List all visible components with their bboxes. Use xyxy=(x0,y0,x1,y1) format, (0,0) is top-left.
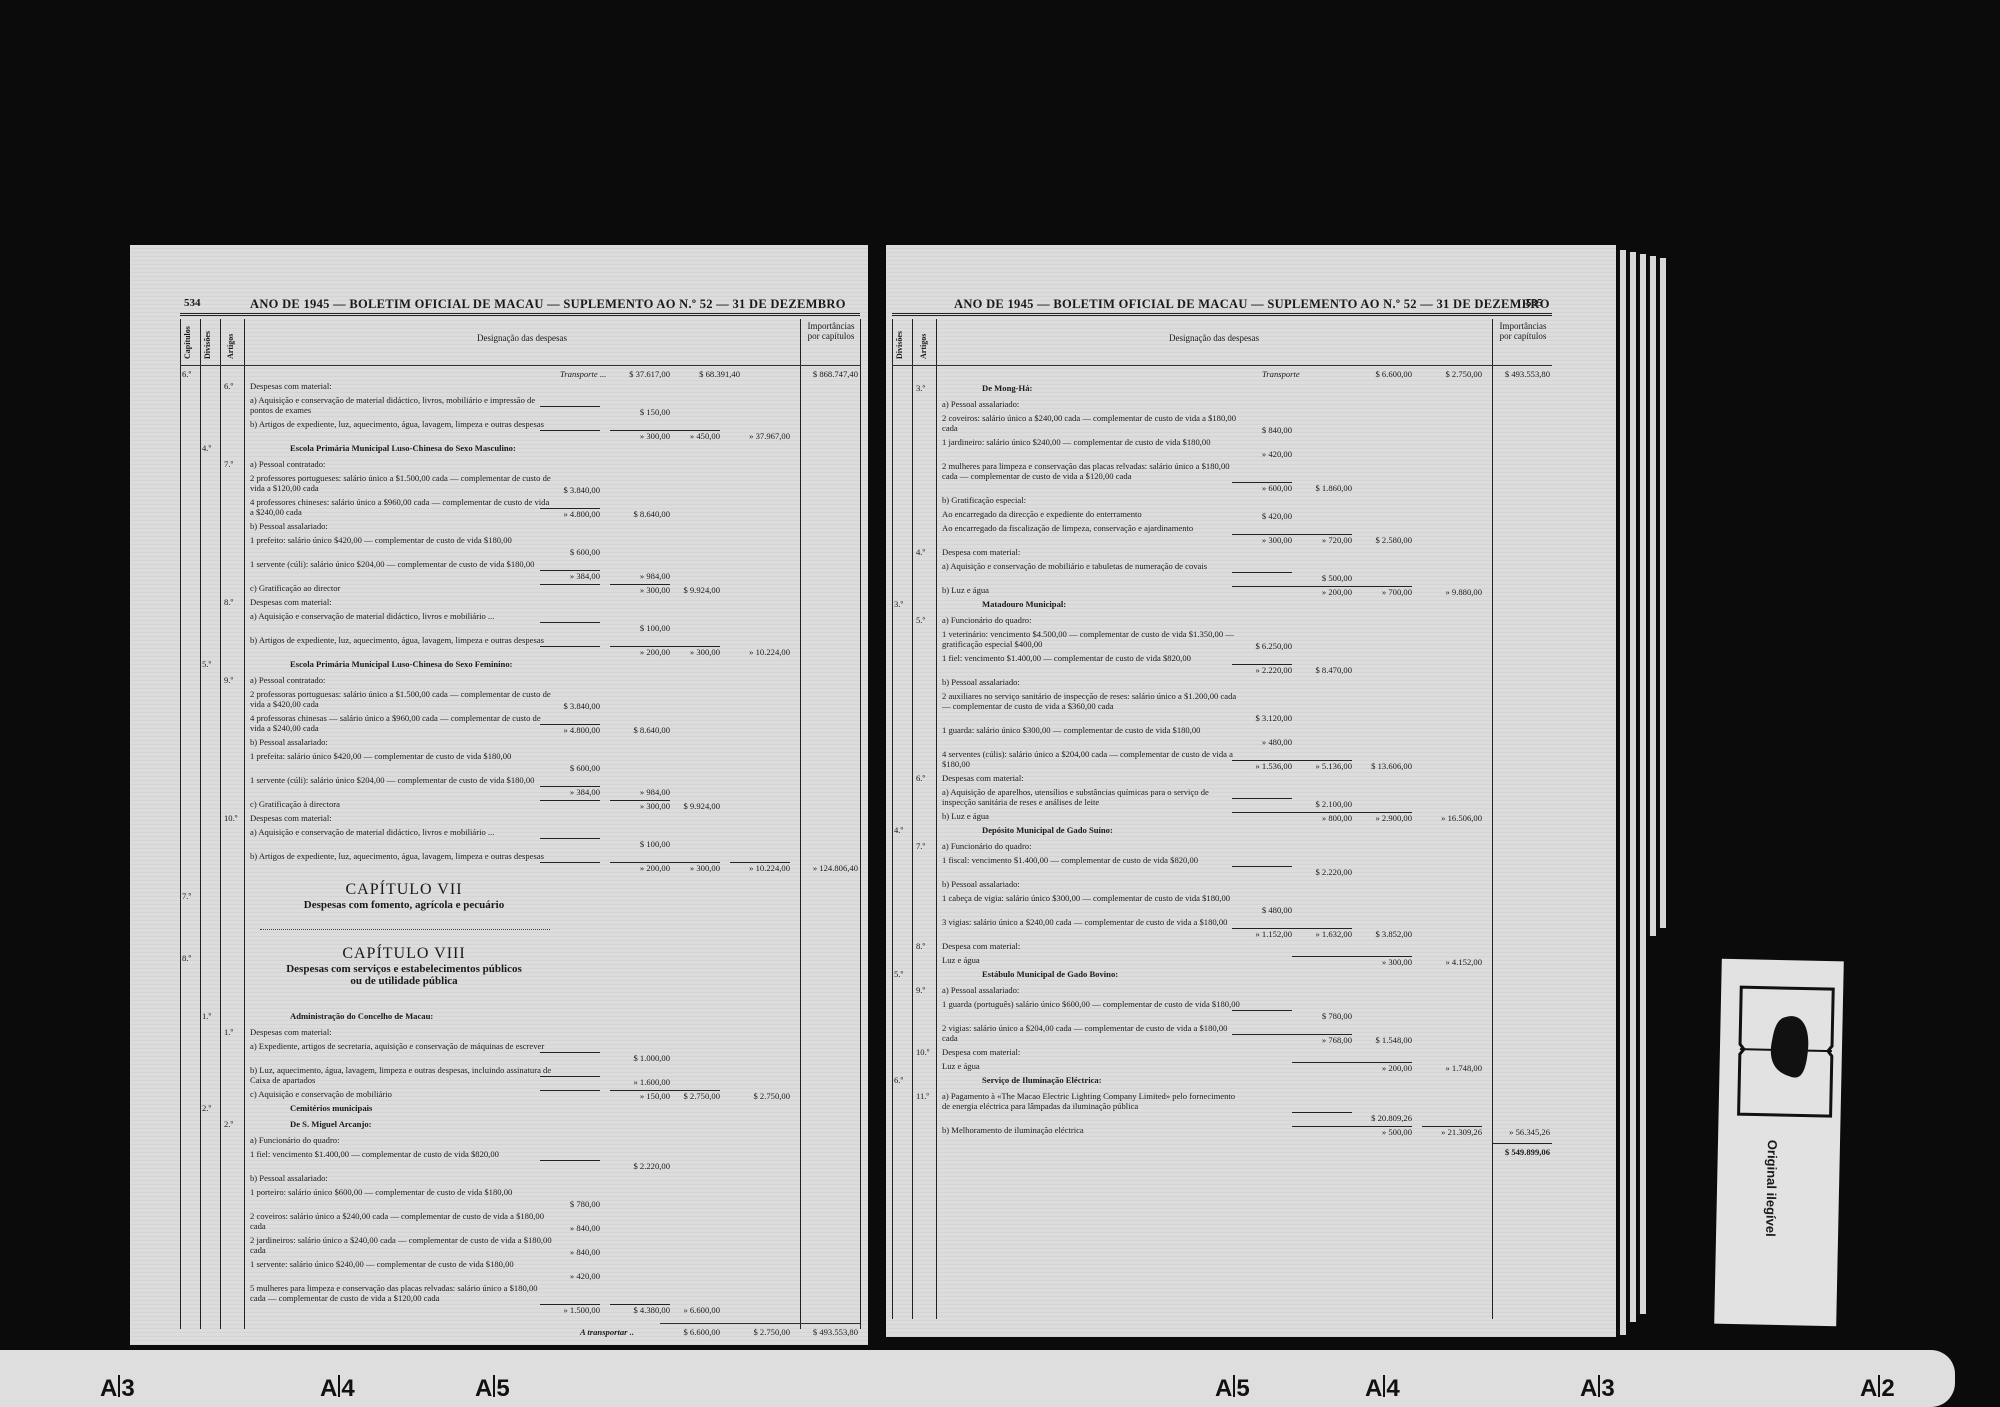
line-item: b) Luz, aquecimento, água, lavagem, limp… xyxy=(250,1065,552,1085)
subtotal-rule xyxy=(610,584,670,585)
subtotal-rule xyxy=(1422,1126,1482,1127)
line-item: 4 professoras chinesas — salário único a… xyxy=(250,713,552,733)
subtotal-rule xyxy=(660,646,720,647)
subtotal-rule xyxy=(1352,1126,1412,1127)
line-item: c) Aquisição e conservação de mobiliário xyxy=(250,1089,552,1099)
division-number: 5.º xyxy=(202,659,211,669)
line-item: b) Artigos de expediente, luz, aquecimen… xyxy=(250,635,552,645)
subtotal-rule xyxy=(1232,812,1292,813)
amount: $ 1.548,00 xyxy=(1342,1035,1412,1045)
frame-marker: A4 xyxy=(320,1375,355,1403)
amount: $ 2.750,00 xyxy=(650,1091,720,1101)
amount: $ 3.840,00 xyxy=(530,701,600,711)
line-item: 2 auxiliares no serviço sanitário de ins… xyxy=(942,691,1244,711)
page-stack-edge xyxy=(1638,254,1646,1314)
header-rule xyxy=(180,313,860,316)
marker-bar xyxy=(1233,1375,1235,1397)
amount: $ 9.924,00 xyxy=(650,585,720,595)
subtotal-rule xyxy=(540,1090,600,1091)
amount: $ 780,00 xyxy=(530,1199,600,1209)
division-number: 4.º xyxy=(894,825,903,835)
section-heading: Depósito Municipal de Gado Suíno: xyxy=(982,825,1113,835)
marker-bar xyxy=(1383,1375,1385,1397)
line-item: a) Aquisição de aparelhos, utensílios e … xyxy=(942,787,1244,807)
subtotal-rule xyxy=(660,430,720,431)
subtotal-rule xyxy=(1292,812,1352,813)
subtotal-rule xyxy=(660,1090,720,1091)
section-heading: De S. Miguel Arcanjo: xyxy=(290,1119,371,1129)
amount: » 10.224,00 xyxy=(720,647,790,657)
line-item: 1 cabeça de vigia: salário único $300,00… xyxy=(942,893,1244,903)
line-item: b) Pessoal assalariado: xyxy=(250,737,552,747)
subtotal-rule xyxy=(1232,1034,1292,1035)
amount: $ 2.220,00 xyxy=(600,1161,670,1171)
amount: $ 8.640,00 xyxy=(600,725,670,735)
line-item: 5 mulheres para limpeza e conservação da… xyxy=(250,1283,552,1303)
amount: $ 600,00 xyxy=(530,763,600,773)
subtotal-rule xyxy=(540,862,600,863)
line-item: 2 professoras portuguesas: salário único… xyxy=(250,689,552,709)
line-item: Despesas com material: xyxy=(250,813,552,823)
amount: $ 2.220,00 xyxy=(1282,867,1352,877)
subtotal-rule xyxy=(1292,760,1352,761)
amount: » 21.309,26 xyxy=(1412,1127,1482,1137)
amount: $ 480,00 xyxy=(1222,905,1292,915)
line-item: 4 serventes (cúlis): salário único a $20… xyxy=(942,749,1244,769)
article-number: 6.º xyxy=(224,381,233,391)
line-item: 2 jardineiros: salário único a $240,00 c… xyxy=(250,1235,552,1255)
line-item: a) Aquisição e conservação de material d… xyxy=(250,827,552,837)
left-page: 534 ANO DE 1945 — BOLETIM OFICIAL DE MAC… xyxy=(130,245,868,1345)
line-item: 1 servente (cúli): salário único $204,00… xyxy=(250,775,552,785)
marker-bar xyxy=(338,1375,340,1397)
amount: $ 20.809,26 xyxy=(1342,1113,1412,1123)
article-number: 7.º xyxy=(224,459,233,469)
chapter-number: 6.º xyxy=(182,369,191,379)
transport-label: Transporte xyxy=(1262,369,1300,379)
subtotal-rule xyxy=(540,838,600,839)
line-item: 1 prefeito: salário único $420,00 — comp… xyxy=(250,535,552,545)
subtotal-rule xyxy=(540,570,600,571)
frame-marker: A5 xyxy=(1215,1375,1250,1403)
subtotal-rule xyxy=(1352,812,1412,813)
amount: » 200,00 xyxy=(1342,1063,1412,1073)
right-page: ANO DE 1945 — BOLETIM OFICIAL DE MACAU —… xyxy=(886,245,1616,1337)
subtotal-rule xyxy=(1292,928,1352,929)
subtotal-rule xyxy=(1352,956,1412,957)
article-number: 9.º xyxy=(916,985,925,995)
amount: » 450,00 xyxy=(650,431,720,441)
subtotal-rule xyxy=(1292,586,1352,587)
amount: $ 2.580,00 xyxy=(1342,535,1412,545)
subtotal-rule xyxy=(1232,1010,1292,1011)
chapter-viii-heading: CAPÍTULO VIIIDespesas com serviços e est… xyxy=(244,945,564,987)
marker-bar xyxy=(1598,1375,1600,1397)
line-item: Ao encarregado da fiscalização de limpez… xyxy=(942,523,1244,533)
subtotal-rule xyxy=(1232,586,1292,587)
subtotal-rule xyxy=(1352,586,1412,587)
line-item: a) Pessoal contratado: xyxy=(250,459,552,469)
frame-marker: A5 xyxy=(475,1375,510,1403)
article-number: 9.º xyxy=(224,675,233,685)
divider xyxy=(260,929,550,930)
section-heading: Serviço de Iluminação Eléctrica: xyxy=(982,1075,1102,1085)
amount: » 6.600,00 xyxy=(650,1305,720,1315)
article-number: 8.º xyxy=(916,941,925,951)
line-item: 1 servente: salário único $240,00 — comp… xyxy=(250,1259,552,1269)
article-number: 4.º xyxy=(916,547,925,557)
marker-bar xyxy=(118,1375,120,1397)
chapter-subtitle: ou de utilidade pública xyxy=(244,975,564,987)
amount: $ 9.924,00 xyxy=(650,801,720,811)
line-item: c) Gratificação ao director xyxy=(250,583,552,593)
amount: » 300,00 xyxy=(1342,957,1412,967)
line-item: Despesa com material: xyxy=(942,1047,1244,1057)
line-item: c) Gratificação à directora xyxy=(250,799,552,809)
amount: » 10.224,00 xyxy=(720,863,790,873)
amount: $ 840,00 xyxy=(1222,425,1292,435)
amount: » 300,00 xyxy=(650,863,720,873)
line-item: a) Pagamento à «The Macao Electric Light… xyxy=(942,1091,1244,1111)
amount: $ 780,00 xyxy=(1282,1011,1352,1021)
line-item: 1 jardineiro: salário único $240,00 — co… xyxy=(942,437,1244,447)
line-item: Despesas com material: xyxy=(250,1027,552,1037)
line-item: Luz e água xyxy=(942,955,1244,965)
line-item: b) Artigos de expediente, luz, aquecimen… xyxy=(250,851,552,861)
subtotal-rule xyxy=(1232,928,1292,929)
amount: » 480,00 xyxy=(1222,737,1292,747)
section-heading: De Mong-Há: xyxy=(982,383,1032,393)
line-item: a) Funcionário do quadro: xyxy=(942,841,1244,851)
division-number: 1.º xyxy=(202,1011,211,1021)
amount: $ 600,00 xyxy=(530,547,600,557)
subtotal-rule xyxy=(540,508,600,509)
subtotal-rule xyxy=(540,406,600,407)
amount: » 124.806,40 xyxy=(788,863,858,873)
amount: » 984,00 xyxy=(600,571,670,581)
subtotal-rule xyxy=(1232,760,1292,761)
frame-marker: A3 xyxy=(1580,1375,1615,1403)
section-heading: Escola Primária Municipal Luso-Chinesa d… xyxy=(290,443,516,453)
line-item: 1 prefeita: salário único $420,00 — comp… xyxy=(250,751,552,761)
subtotal-rule xyxy=(1232,664,1292,665)
amount: » 420,00 xyxy=(1222,449,1292,459)
subtotal-rule xyxy=(540,1304,600,1305)
amount: $ 2.100,00 xyxy=(1282,799,1352,809)
division-number: 3.º xyxy=(894,599,903,609)
line-item: 1 veterinário: vencimento $4.500,00 — co… xyxy=(942,629,1244,649)
line-item: a) Pessoal contratado: xyxy=(250,675,552,685)
section-heading: Cemitérios municipais xyxy=(290,1103,372,1113)
chapter-title: CAPÍTULO VIII xyxy=(244,945,564,963)
amount: » 1.500,00 xyxy=(530,1305,600,1315)
section-heading: Administração do Concelho de Macau: xyxy=(290,1011,433,1021)
expense-table: Capítulos Divisões Artigos Designação da… xyxy=(180,319,861,1329)
subtotal-rule xyxy=(1292,1062,1352,1063)
division-number: 5.º xyxy=(894,969,903,979)
frame-marker: A4 xyxy=(1365,1375,1400,1403)
col-artigos: Artigos xyxy=(919,334,928,359)
running-head: ANO DE 1945 — BOLETIM OFICIAL DE MACAU —… xyxy=(250,297,846,312)
subtotal-rule xyxy=(660,862,720,863)
amount: » 1.748,00 xyxy=(1412,1063,1482,1073)
carry-label: A transportar .. xyxy=(580,1327,634,1337)
subtotal-rule xyxy=(540,622,600,623)
chapter-subtitle: Despesas com serviços e estabelecimentos… xyxy=(244,963,564,975)
chapter-number: 8.º xyxy=(182,953,191,963)
subtotal-rule xyxy=(1232,798,1292,799)
line-item: a) Pessoal assalariado: xyxy=(942,399,1244,409)
line-item: b) Melhoramento de iluminação eléctrica xyxy=(942,1125,1244,1135)
subtotal-rule xyxy=(610,800,670,801)
subtotal-rule xyxy=(540,1076,600,1077)
line-item: Despesas com material: xyxy=(250,597,552,607)
line-item: a) Funcionário do quadro: xyxy=(942,615,1244,625)
amount: » 2.900,00 xyxy=(1342,813,1412,823)
amount: » 9.880,00 xyxy=(1412,587,1482,597)
line-item: b) Pessoal assalariado: xyxy=(942,879,1244,889)
amount: $ 13.606,00 xyxy=(1342,761,1412,771)
running-head: ANO DE 1945 — BOLETIM OFICIAL DE MACAU —… xyxy=(954,297,1550,312)
subtotal-rule xyxy=(540,1160,600,1161)
transport-value: $ 68.391,40 xyxy=(660,369,740,379)
division-number: 6.º xyxy=(894,1075,903,1085)
transport-value: $ 868.747,40 xyxy=(778,369,858,379)
line-item: Luz e água xyxy=(942,1061,1244,1071)
line-item: Despesa com material: xyxy=(942,547,1244,557)
amount: » 37.967,00 xyxy=(720,431,790,441)
subtotal-rule xyxy=(1232,482,1292,483)
page-stack-edge xyxy=(1618,250,1626,1335)
article-number: 10.º xyxy=(916,1047,929,1057)
marker-bar xyxy=(493,1375,495,1397)
amount: $ 1.860,00 xyxy=(1282,483,1352,493)
amount: » 500,00 xyxy=(1342,1127,1412,1137)
col-divisoes: Divisões xyxy=(895,331,904,359)
amount: $ 100,00 xyxy=(600,623,670,633)
article-number: 2.º xyxy=(224,1119,233,1129)
subtotal-rule xyxy=(1352,1062,1412,1063)
line-item: Despesas com material: xyxy=(942,773,1244,783)
line-item: a) Aquisição e conservação de material d… xyxy=(250,395,552,415)
subtotal-rule xyxy=(540,646,600,647)
amount: $ 3.120,00 xyxy=(1222,713,1292,723)
illegible-label: Original ilegível xyxy=(1763,1140,1780,1237)
line-item: b) Luz e água xyxy=(942,811,1244,821)
line-item: Despesas com material: xyxy=(250,381,552,391)
film-strip xyxy=(0,1350,1955,1407)
amount: $ 150,00 xyxy=(600,407,670,417)
carry-rule xyxy=(660,1323,860,1324)
division-number: 2.º xyxy=(202,1103,211,1113)
subtotal-rule xyxy=(540,1052,600,1053)
frame-marker: A2 xyxy=(1860,1375,1895,1403)
section-heading: Matadouro Municipal: xyxy=(982,599,1066,609)
line-item: 2 coveiros: salário único a $240,00 cada… xyxy=(250,1211,552,1231)
article-number: 3.º xyxy=(916,383,925,393)
line-item: 1 fiscal: vencimento $1.400,00 — complem… xyxy=(942,855,1244,865)
subtotal-rule xyxy=(540,786,600,787)
division-number: 4.º xyxy=(202,443,211,453)
line-item: a) Aquisição e conservação de material d… xyxy=(250,611,552,621)
line-item: a) Funcionário do quadro: xyxy=(250,1135,552,1145)
page-number: 535 xyxy=(1526,297,1543,309)
line-item: Ao encarregado da direcção e expediente … xyxy=(942,509,1244,519)
line-item: 1 servente (cúli): salário único $204,00… xyxy=(250,559,552,569)
amount: $ 100,00 xyxy=(600,839,670,849)
line-item: 3 vigias: salário único a $240,00 cada —… xyxy=(942,917,1244,927)
amount: » 420,00 xyxy=(530,1271,600,1281)
line-item: 2 mulheres para limpeza e conservação da… xyxy=(942,461,1244,481)
line-item: 1 guarda: salário único $300,00 — comple… xyxy=(942,725,1244,735)
page-stack-edge xyxy=(1648,256,1656,936)
article-number: 11.º xyxy=(916,1091,929,1101)
transport-value: $ 493.553,80 xyxy=(1460,369,1550,379)
article-number: 7.º xyxy=(916,841,925,851)
chapter-vii-heading: CAPÍTULO VIIDespesas com fomento, agríco… xyxy=(244,881,564,911)
line-item: a) Pessoal assalariado: xyxy=(942,985,1244,995)
amount: $ 6.250,00 xyxy=(1222,641,1292,651)
subtotal-rule xyxy=(1292,534,1352,535)
amount: $ 8.470,00 xyxy=(1282,665,1352,675)
amount: » 840,00 xyxy=(530,1223,600,1233)
line-item: a) Expediente, artigos de secretaria, aq… xyxy=(250,1041,552,1051)
line-item: Despesa com material: xyxy=(942,941,1244,951)
section-heading: Escola Primária Municipal Luso-Chinesa d… xyxy=(290,659,513,669)
frame-marker: A3 xyxy=(100,1375,135,1403)
chapter-subtitle: Despesas com fomento, agrícola e pecuári… xyxy=(244,899,564,911)
subtotal-rule xyxy=(540,584,600,585)
subtotal-rule xyxy=(1292,956,1352,957)
page-stack-edge xyxy=(1628,252,1636,1322)
subtotal-rule xyxy=(610,1304,670,1305)
expense-table: Divisões Artigos Designação das despesas… xyxy=(892,319,1552,1319)
line-item: b) Pessoal assalariado: xyxy=(942,677,1244,687)
col-designacao: Designação das despesas xyxy=(936,333,1492,343)
grand-total: $ 549.899,06 xyxy=(1470,1147,1550,1157)
subtotal-rule xyxy=(1292,1126,1352,1127)
subtotal-rule xyxy=(1232,866,1292,867)
article-number: 8.º xyxy=(224,597,233,607)
subtotal-rule xyxy=(540,430,600,431)
chapter-number: 7.º xyxy=(182,891,191,901)
amount: » 1.600,00 xyxy=(600,1077,670,1087)
line-item: 1 fiel: vencimento $1.400,00 — complemen… xyxy=(250,1149,552,1159)
amount: $ 500,00 xyxy=(1282,573,1352,583)
col-importancias: Importâncias por capítulos xyxy=(1494,321,1552,341)
amount: » 384,00 xyxy=(530,571,600,581)
subtotal-rule xyxy=(730,862,790,863)
page-number: 534 xyxy=(184,297,201,309)
line-item: a) Aquisição e conservação de mobiliário… xyxy=(942,561,1244,571)
line-item: 1 fiel: vencimento $1.400,00 — complemen… xyxy=(942,653,1244,663)
article-number: 10.º xyxy=(224,813,237,823)
amount: $ 420,00 xyxy=(1222,511,1292,521)
chapter-title: CAPÍTULO VII xyxy=(244,881,564,899)
subtotal-rule xyxy=(540,724,600,725)
line-item: b) Pessoal assalariado: xyxy=(250,1173,552,1183)
line-item: 1 porteiro: salário único $600,00 — comp… xyxy=(250,1187,552,1197)
page-stack-edge xyxy=(1658,258,1666,928)
amount: $ 3.840,00 xyxy=(530,485,600,495)
subtotal-rule xyxy=(1232,572,1292,573)
amount: » 984,00 xyxy=(600,787,670,797)
transport-value: $ 37.617,00 xyxy=(590,369,670,379)
amount: » 4.152,00 xyxy=(1412,957,1482,967)
article-number: 6.º xyxy=(916,773,925,783)
article-number: 5.º xyxy=(916,615,925,625)
illegible-flag-card: Original ilegível xyxy=(1714,959,1844,1326)
header-rule xyxy=(892,313,1552,316)
line-item: 4 professores chineses: salário único a … xyxy=(250,497,552,517)
article-number: 1.º xyxy=(224,1027,233,1037)
amount: » 384,00 xyxy=(530,787,600,797)
line-item: 2 professores portugueses: salário único… xyxy=(250,473,552,493)
line-item: 1 guarda (português) salário único $600,… xyxy=(942,999,1244,1009)
subtotal-rule xyxy=(1232,534,1292,535)
col-importancias: Importâncias por capítulos xyxy=(802,321,860,341)
subtotal-rule xyxy=(1292,1034,1352,1035)
line-item: b) Gratificação especial: xyxy=(942,495,1244,505)
col-artigos: Artigos xyxy=(226,334,235,359)
carry-value: $ 493.553,80 xyxy=(778,1327,858,1337)
amount: $ 2.750,00 xyxy=(720,1091,790,1101)
amount: $ 1.000,00 xyxy=(600,1053,670,1063)
amount: » 840,00 xyxy=(530,1247,600,1257)
amount: » 4.800,00 xyxy=(530,509,600,519)
amount: » 4.800,00 xyxy=(530,725,600,735)
col-designacao: Designação das despesas xyxy=(244,333,800,343)
section-heading: Estábulo Municipal de Gado Bovino: xyxy=(982,969,1118,979)
total-rule xyxy=(1492,1143,1552,1144)
carry-value: $ 6.600,00 xyxy=(640,1327,720,1337)
line-item: 2 coveiros: salário único a $240,00 cada… xyxy=(942,413,1244,433)
line-item: b) Pessoal assalariado: xyxy=(250,521,552,531)
marker-bar xyxy=(1878,1375,1880,1397)
amount: $ 3.852,00 xyxy=(1342,929,1412,939)
subtotal-rule xyxy=(1292,1112,1352,1113)
amount: $ 8.640,00 xyxy=(600,509,670,519)
torn-page-icon xyxy=(1718,979,1843,1122)
amount: » 56.345,26 xyxy=(1480,1127,1550,1137)
amount: » 300,00 xyxy=(650,647,720,657)
line-item: 2 vigias: salário único a $204,00 cada —… xyxy=(942,1023,1244,1043)
col-capitulos: Capítulos xyxy=(183,326,192,359)
amount: » 700,00 xyxy=(1342,587,1412,597)
amount: » 16.506,00 xyxy=(1412,813,1482,823)
line-item: b) Luz e água xyxy=(942,585,1244,595)
col-divisoes: Divisões xyxy=(203,331,212,359)
line-item: b) Artigos de expediente, luz, aquecimen… xyxy=(250,419,552,429)
subtotal-rule xyxy=(540,800,600,801)
